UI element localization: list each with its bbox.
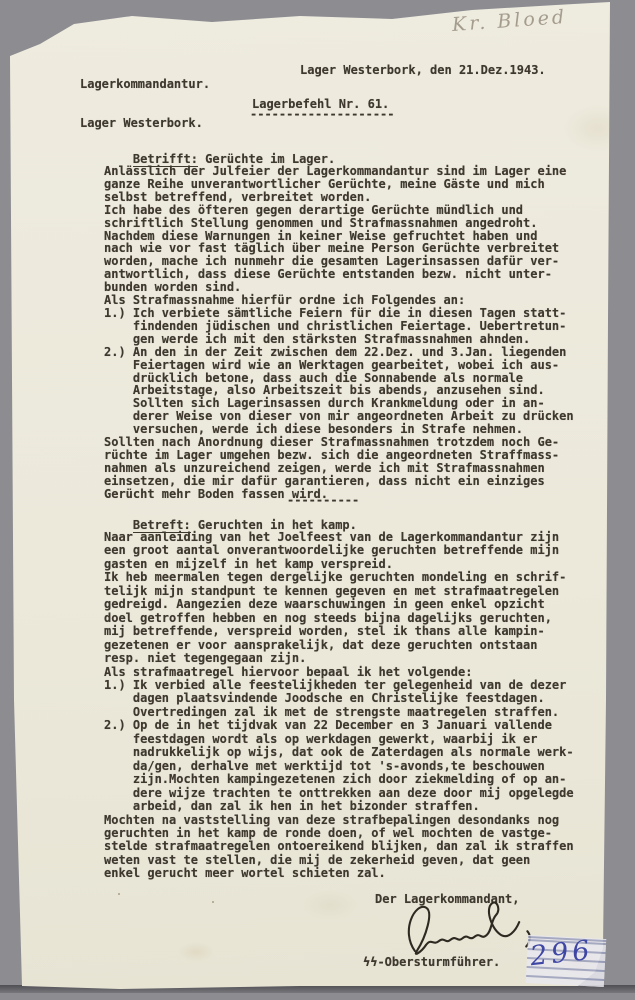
paper-speck [300,643,302,645]
german-body-text: Anlässlich der Julfeier der Lagerkommand… [104,165,574,501]
scanned-document-photo: Kr. Bloed Lagerkommandantur. Lager Weste… [0,0,635,1000]
paper-speck [212,901,214,903]
rank-line: ϟϟ-Obersturmführer. [363,956,500,969]
paper-speck [566,793,568,795]
archive-number: 296 [529,935,595,972]
paper-speck [118,893,120,895]
dutch-body-text: Naar aanleiding van het Joelfeest van de… [104,531,574,881]
letterhead-sender-line1: Lagerkommandantur. [80,78,210,91]
letterhead-sender-line2: Lager Westerbork. [80,117,210,130]
section-divider-dashes: ---------- [287,494,359,507]
handwritten-signature [378,893,548,955]
dateline: Lager Westerbork, den 21.Dez.1943. [300,64,546,77]
title-underline-dashes: -------------------- [250,108,395,121]
